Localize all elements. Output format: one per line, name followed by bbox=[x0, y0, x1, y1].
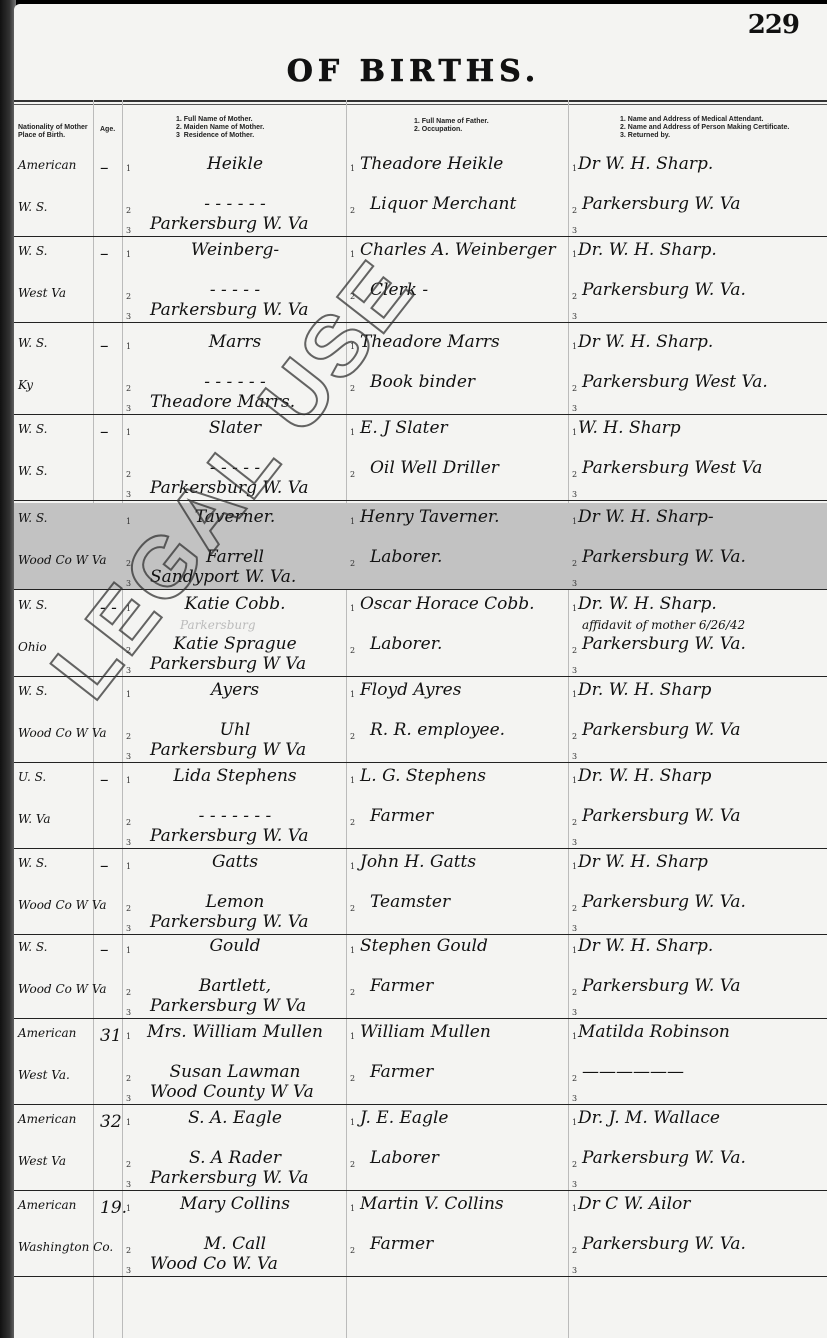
line-number: 2 bbox=[350, 384, 355, 393]
attendant-cell: Dr. J. M. Wallace bbox=[578, 1108, 720, 1128]
record-separator bbox=[14, 1104, 827, 1105]
birthplace-cell: W. S. bbox=[18, 200, 47, 214]
line-number: 3 bbox=[572, 752, 577, 761]
residence-cell: Sandyport W. Va. bbox=[150, 567, 296, 587]
page-title: OF BIRTHS. bbox=[0, 54, 827, 89]
nationality-cell: W. S. bbox=[18, 598, 47, 612]
line-number: 3 bbox=[572, 838, 577, 847]
certifier-cell: Parkersburg W. Va. bbox=[582, 547, 746, 567]
line-number: 1 bbox=[572, 946, 577, 955]
line-number: 3 bbox=[126, 838, 131, 847]
record-separator bbox=[14, 236, 827, 237]
record-separator bbox=[14, 1018, 827, 1019]
certifier-cell: Parkersburg West Va. bbox=[582, 372, 768, 392]
father-name-cell: Charles A. Weinberger bbox=[360, 240, 556, 260]
father-name-cell: Floyd Ayres bbox=[360, 680, 461, 700]
line-number: 3 bbox=[572, 1180, 577, 1189]
birthplace-cell: W. Va bbox=[18, 812, 51, 826]
mother-name-cell: Gould bbox=[130, 936, 340, 956]
line-number: 2 bbox=[350, 206, 355, 215]
line-number: 3 bbox=[126, 312, 131, 321]
line-number: 3 bbox=[126, 752, 131, 761]
line-number: 2 bbox=[350, 988, 355, 997]
record-separator bbox=[14, 762, 827, 763]
residence-cell: Parkersburg W. Va bbox=[150, 826, 309, 846]
residence-cell: Parkersburg W. Va bbox=[150, 478, 309, 498]
maiden-name-cell: M. Call bbox=[130, 1234, 340, 1254]
mother-name-cell: Mary Collins bbox=[130, 1194, 340, 1214]
nationality-cell: American bbox=[18, 1026, 76, 1040]
record-separator bbox=[14, 500, 827, 501]
line-number: 2 bbox=[350, 292, 355, 301]
page-number: 229 bbox=[748, 10, 799, 40]
mother-name-cell: Gatts bbox=[130, 852, 340, 872]
line-number: 3 bbox=[126, 226, 131, 235]
line-number: 1 bbox=[350, 776, 355, 785]
column-divider bbox=[122, 100, 123, 1338]
nationality-cell: W. S. bbox=[18, 336, 47, 350]
father-name-cell: Henry Taverner. bbox=[360, 507, 500, 527]
line-number: 2 bbox=[572, 292, 577, 301]
birthplace-cell: Wood Co W Va bbox=[18, 982, 107, 996]
attendant-cell: Dr W. H. Sharp. bbox=[578, 154, 713, 174]
maiden-name-cell: Susan Lawman bbox=[130, 1062, 340, 1082]
maiden-name-cell: Uhl bbox=[130, 720, 340, 740]
line-number: 1 bbox=[572, 164, 577, 173]
line-number: 1 bbox=[572, 776, 577, 785]
line-number: 2 bbox=[572, 470, 577, 479]
record-separator bbox=[14, 848, 827, 849]
maiden-name-cell: - - - - - - - bbox=[130, 806, 340, 826]
father-name-cell: E. J Slater bbox=[360, 418, 448, 438]
mother-name-cell: Slater bbox=[130, 418, 340, 438]
birthplace-cell: Wood Co W Va bbox=[18, 726, 107, 740]
line-number: 2 bbox=[350, 732, 355, 741]
line-number: 2 bbox=[572, 1074, 577, 1083]
line-number: 2 bbox=[350, 1074, 355, 1083]
line-number: 2 bbox=[350, 818, 355, 827]
line-number: 2 bbox=[572, 818, 577, 827]
line-number: 2 bbox=[572, 1160, 577, 1169]
birthplace-cell: Wood Co W Va bbox=[18, 553, 107, 567]
nationality-cell: W. S. bbox=[18, 244, 47, 258]
faint-annotation: Parkersburg bbox=[180, 618, 256, 632]
affidavit-note: affidavit of mother 6/26/42 bbox=[582, 618, 745, 632]
occupation-cell: Laborer bbox=[370, 1148, 439, 1168]
birthplace-cell: W. S. bbox=[18, 464, 47, 478]
occupation-cell: Liquor Merchant bbox=[370, 194, 516, 214]
attendant-cell: Dr. W. H. Sharp bbox=[578, 680, 711, 700]
line-number: 1 bbox=[350, 1204, 355, 1213]
occupation-cell: Laborer. bbox=[370, 547, 442, 567]
father-name-cell: Stephen Gould bbox=[360, 936, 488, 956]
record-separator bbox=[14, 414, 827, 415]
line-number: 1 bbox=[572, 428, 577, 437]
maiden-name-cell: - - - - - - bbox=[130, 372, 340, 392]
column-divider bbox=[93, 100, 94, 1338]
line-number: 3 bbox=[126, 404, 131, 413]
maiden-name-cell: - - - - - bbox=[130, 458, 340, 478]
occupation-cell: Farmer bbox=[370, 1234, 433, 1254]
attendant-cell: Dr W. H. Sharp bbox=[578, 852, 708, 872]
maiden-name-cell: S. A Rader bbox=[130, 1148, 340, 1168]
line-number: 1 bbox=[572, 1118, 577, 1127]
line-number: 2 bbox=[572, 384, 577, 393]
attendant-cell: Dr W. H. Sharp. bbox=[578, 936, 713, 956]
line-number: 1 bbox=[572, 342, 577, 351]
father-name-cell: Oscar Horace Cobb. bbox=[360, 594, 535, 614]
nationality-cell: W. S. bbox=[18, 940, 47, 954]
attendant-cell: Dr C W. Ailor bbox=[578, 1194, 690, 1214]
header-mother: 1. Full Name of Mother. 2. Maiden Name o… bbox=[176, 116, 264, 140]
occupation-cell: Teamster bbox=[370, 892, 450, 912]
line-number: 3 bbox=[126, 1266, 131, 1275]
header-attendant: 1. Name and Address of Medical Attendant… bbox=[620, 116, 789, 140]
maiden-name-cell: Farrell bbox=[130, 547, 340, 567]
occupation-cell: Oil Well Driller bbox=[370, 458, 499, 478]
line-number: 1 bbox=[572, 862, 577, 871]
certifier-cell: Parkersburg W. Va. bbox=[582, 1234, 746, 1254]
line-number: 1 bbox=[350, 1032, 355, 1041]
certifier-cell: Parkersburg W. Va. bbox=[582, 1148, 746, 1168]
nationality-cell: American bbox=[18, 1198, 76, 1212]
line-number: 2 bbox=[350, 1160, 355, 1169]
nationality-cell: U. S. bbox=[18, 770, 46, 784]
line-number: 1 bbox=[572, 250, 577, 259]
certifier-cell: Parkersburg W. Va bbox=[582, 806, 741, 826]
occupation-cell: Farmer bbox=[370, 1062, 433, 1082]
residence-cell: Parkersburg W. Va bbox=[150, 300, 309, 320]
age-cell: 19. bbox=[100, 1198, 127, 1218]
line-number: 2 bbox=[572, 559, 577, 568]
age-cell: – bbox=[100, 244, 109, 264]
header-nationality: Nationality of Mother Place of Birth. bbox=[18, 124, 88, 140]
nationality-cell: W. S. bbox=[18, 684, 47, 698]
occupation-cell: Clerk - bbox=[370, 280, 428, 300]
line-number: 3 bbox=[126, 490, 131, 499]
attendant-cell: Dr. W. H. Sharp. bbox=[578, 594, 717, 614]
age-cell: 32 bbox=[100, 1112, 122, 1132]
residence-cell: Parkersburg W. Va bbox=[150, 912, 309, 932]
line-number: 3 bbox=[126, 1094, 131, 1103]
attendant-cell: Matilda Robinson bbox=[578, 1022, 730, 1042]
line-number: 1 bbox=[350, 1118, 355, 1127]
line-number: 1 bbox=[350, 690, 355, 699]
header-age: Age. bbox=[100, 126, 115, 134]
occupation-cell: Laborer. bbox=[370, 634, 442, 654]
occupation-cell: Farmer bbox=[370, 806, 433, 826]
record-separator bbox=[14, 1276, 827, 1277]
residence-cell: Theadore Marrs. bbox=[150, 392, 295, 412]
age-cell: – bbox=[100, 940, 109, 960]
line-number: 1 bbox=[350, 604, 355, 613]
father-name-cell: Theadore Heikle bbox=[360, 154, 503, 174]
line-number: 3 bbox=[126, 1180, 131, 1189]
residence-cell: Parkersburg W. Va bbox=[150, 1168, 309, 1188]
attendant-cell: W. H. Sharp bbox=[578, 418, 681, 438]
record-separator bbox=[14, 589, 827, 590]
nationality-cell: W. S. bbox=[18, 856, 47, 870]
record-separator bbox=[14, 676, 827, 677]
attendant-cell: Dr. W. H. Sharp. bbox=[578, 240, 717, 260]
certifier-cell: —————— bbox=[582, 1062, 684, 1082]
maiden-name-cell: Bartlett, bbox=[130, 976, 340, 996]
line-number: 3 bbox=[572, 1008, 577, 1017]
father-name-cell: Martin V. Collins bbox=[360, 1194, 504, 1214]
father-name-cell: Theadore Marrs bbox=[360, 332, 500, 352]
line-number: 1 bbox=[572, 604, 577, 613]
column-divider bbox=[568, 100, 569, 1338]
line-number: 1 bbox=[572, 690, 577, 699]
birthplace-cell: West Va bbox=[18, 286, 66, 300]
line-number: 1 bbox=[572, 517, 577, 526]
line-number: 1 bbox=[350, 946, 355, 955]
father-name-cell: L. G. Stephens bbox=[360, 766, 486, 786]
line-number: 3 bbox=[126, 1008, 131, 1017]
line-number: 1 bbox=[572, 1204, 577, 1213]
attendant-cell: Dr W. H. Sharp. bbox=[578, 332, 713, 352]
maiden-name-cell: Katie Sprague bbox=[130, 634, 340, 654]
mother-name-cell: Weinberg- bbox=[130, 240, 340, 260]
line-number: 2 bbox=[572, 1246, 577, 1255]
age-cell: – bbox=[100, 158, 109, 178]
birthplace-cell: Washington Co. bbox=[18, 1240, 113, 1254]
line-number: 3 bbox=[572, 579, 577, 588]
occupation-cell: Farmer bbox=[370, 976, 433, 996]
residence-cell: Wood County W Va bbox=[150, 1082, 314, 1102]
line-number: 3 bbox=[572, 226, 577, 235]
line-number: 3 bbox=[572, 1266, 577, 1275]
line-number: 2 bbox=[572, 646, 577, 655]
certifier-cell: Parkersburg W. Va. bbox=[582, 634, 746, 654]
line-number: 3 bbox=[126, 666, 131, 675]
mother-name-cell: Katie Cobb. bbox=[130, 594, 340, 614]
maiden-name-cell: Lemon bbox=[130, 892, 340, 912]
birthplace-cell: Ky bbox=[18, 378, 33, 392]
mother-name-cell: Taverner. bbox=[130, 507, 340, 527]
birthplace-cell: West Va bbox=[18, 1154, 66, 1168]
line-number: 2 bbox=[572, 904, 577, 913]
maiden-name-cell: - - - - - bbox=[130, 280, 340, 300]
line-number: 1 bbox=[350, 862, 355, 871]
age-cell: - - bbox=[100, 598, 117, 618]
line-number: 3 bbox=[572, 404, 577, 413]
line-number: 2 bbox=[350, 1246, 355, 1255]
age-cell: – bbox=[100, 856, 109, 876]
residence-cell: Parkersburg W Va bbox=[150, 996, 306, 1016]
line-number: 1 bbox=[350, 428, 355, 437]
line-number: 2 bbox=[572, 988, 577, 997]
line-number: 3 bbox=[126, 579, 131, 588]
residence-cell: Wood Co W. Va bbox=[150, 1254, 278, 1274]
age-cell: – bbox=[100, 770, 109, 790]
line-number: 2 bbox=[350, 646, 355, 655]
certifier-cell: Parkersburg West Va bbox=[582, 458, 762, 478]
occupation-cell: Book binder bbox=[370, 372, 475, 392]
mother-name-cell: Marrs bbox=[130, 332, 340, 352]
certifier-cell: Parkersburg W. Va. bbox=[582, 280, 746, 300]
residence-cell: Parkersburg W Va bbox=[150, 740, 306, 760]
line-number: 1 bbox=[350, 342, 355, 351]
attendant-cell: Dr. W. H. Sharp bbox=[578, 766, 711, 786]
line-number: 3 bbox=[572, 490, 577, 499]
nationality-cell: American bbox=[18, 158, 76, 172]
age-cell: – bbox=[100, 422, 109, 442]
record-separator bbox=[14, 934, 827, 935]
nationality-cell: W. S. bbox=[18, 422, 47, 436]
line-number: 3 bbox=[572, 1094, 577, 1103]
line-number: 2 bbox=[572, 732, 577, 741]
age-cell: 31 bbox=[100, 1026, 122, 1046]
father-name-cell: J. E. Eagle bbox=[360, 1108, 448, 1128]
nationality-cell: W. S. bbox=[18, 511, 47, 525]
certifier-cell: Parkersburg W. Va bbox=[582, 976, 741, 996]
certifier-cell: Parkersburg W. Va. bbox=[582, 892, 746, 912]
line-number: 3 bbox=[126, 924, 131, 933]
birthplace-cell: West Va. bbox=[18, 1068, 70, 1082]
column-divider bbox=[346, 100, 347, 1338]
line-number: 3 bbox=[572, 924, 577, 933]
birthplace-cell: Wood Co W Va bbox=[18, 898, 107, 912]
attendant-cell: Dr W. H. Sharp- bbox=[578, 507, 714, 527]
mother-name-cell: Lida Stephens bbox=[130, 766, 340, 786]
line-number: 1 bbox=[350, 250, 355, 259]
certifier-cell: Parkersburg W. Va bbox=[582, 720, 741, 740]
header-rule-top bbox=[14, 100, 827, 102]
line-number: 1 bbox=[350, 164, 355, 173]
age-cell: – bbox=[100, 336, 109, 356]
occupation-cell: R. R. employee. bbox=[370, 720, 505, 740]
father-name-cell: William Mullen bbox=[360, 1022, 491, 1042]
residence-cell: Parkersburg W Va bbox=[150, 654, 306, 674]
line-number: 3 bbox=[572, 312, 577, 321]
line-number: 3 bbox=[572, 666, 577, 675]
line-number: 2 bbox=[350, 470, 355, 479]
line-number: 2 bbox=[572, 206, 577, 215]
mother-name-cell: Heikle bbox=[130, 154, 340, 174]
line-number: 2 bbox=[350, 904, 355, 913]
maiden-name-cell: - - - - - - bbox=[130, 194, 340, 214]
residence-cell: Parkersburg W. Va bbox=[150, 214, 309, 234]
father-name-cell: John H. Gatts bbox=[360, 852, 476, 872]
header-rule-bottom bbox=[14, 104, 827, 105]
mother-name-cell: Ayers bbox=[130, 680, 340, 700]
birthplace-cell: Ohio bbox=[18, 640, 47, 654]
mother-name-cell: Mrs. William Mullen bbox=[130, 1022, 340, 1042]
line-number: 1 bbox=[572, 1032, 577, 1041]
header-father: 1. Full Name of Father. 2. Occupation. bbox=[414, 118, 489, 134]
mother-name-cell: S. A. Eagle bbox=[130, 1108, 340, 1128]
nationality-cell: American bbox=[18, 1112, 76, 1126]
certifier-cell: Parkersburg W. Va bbox=[582, 194, 741, 214]
line-number: 2 bbox=[350, 559, 355, 568]
record-separator bbox=[14, 322, 827, 323]
line-number: 1 bbox=[350, 517, 355, 526]
record-separator bbox=[14, 1190, 827, 1191]
